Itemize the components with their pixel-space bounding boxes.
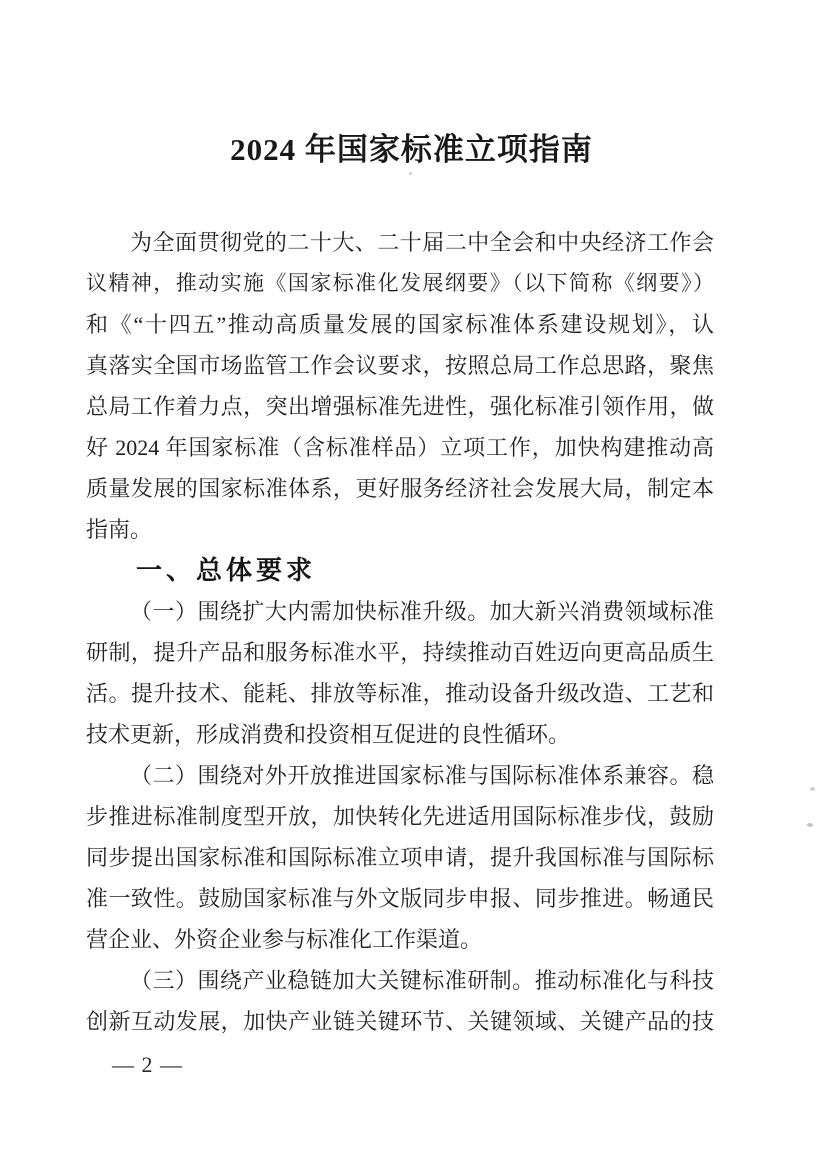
body-line: 真落实全国市场监管工作会议要求，按照总局工作总思路，聚焦 xyxy=(86,345,714,386)
body-line: 活。提升技术、能耗、排放等标准，推动设备升级改造、工艺和 xyxy=(86,673,714,714)
body-line: 质量发展的国家标准体系，更好服务经济社会发展大局，制定本 xyxy=(86,468,714,509)
body-line: 同步提出国家标准和国际标准立项申请，提升我国标准与国际标 xyxy=(86,837,714,878)
scan-artifact xyxy=(810,787,815,791)
section-heading: 一、总体要求 xyxy=(86,550,714,591)
scanned-document-page: 2024 年国家标准立项指南 为全面贯彻党的二十大、二十届二中全会和中央经济工作… xyxy=(0,0,823,1163)
body-line: （二）围绕对外开放推进国家标准与国际标准体系兼容。稳 xyxy=(86,755,714,796)
body-line: （一）围绕扩大内需加快标准升级。加大新兴消费领域标准 xyxy=(86,591,714,632)
body-line: 和《“十四五”推动高质量发展的国家标准体系建设规划》，认 xyxy=(86,304,714,345)
scan-artifact xyxy=(807,823,813,827)
body-line: 营企业、外资企业参与标准化工作渠道。 xyxy=(86,919,714,960)
body-line: 创新互动发展，加快产业链关键环节、关键领域、关键产品的技 xyxy=(86,1001,714,1042)
body-line: 步推进标准制度型开放，加快转化先进适用国际标准步伐，鼓励 xyxy=(86,796,714,837)
scan-artifact xyxy=(409,172,412,175)
body-line: 总局工作着力点，突出增强标准先进性，强化标准引领作用，做 xyxy=(86,386,714,427)
body-line: 议精神，推动实施《国家标准化发展纲要》（以下简称《纲要》） xyxy=(86,263,714,304)
body-line: 好 2024 年国家标准（含标准样品）立项工作，加快构建推动高 xyxy=(86,427,714,468)
body-line: 技术更新，形成消费和投资相互促进的良性循环。 xyxy=(86,714,714,755)
body-line: 指南。 xyxy=(86,509,714,550)
body-line: 为全面贯彻党的二十大、二十届二中全会和中央经济工作会 xyxy=(86,222,714,263)
body-line: 准一致性。鼓励国家标准与外文版同步申报、同步推进。畅通民 xyxy=(86,878,714,919)
body-line: 研制，提升产品和服务标准水平，持续推动百姓迈向更高品质生 xyxy=(86,632,714,673)
page-number: — 2 — xyxy=(112,1050,183,1080)
document-body: 为全面贯彻党的二十大、二十届二中全会和中央经济工作会 议精神，推动实施《国家标准… xyxy=(86,222,714,1042)
body-line: （三）围绕产业稳链加大关键标准研制。推动标准化与科技 xyxy=(86,960,714,1001)
document-title: 2024 年国家标准立项指南 xyxy=(0,124,823,169)
